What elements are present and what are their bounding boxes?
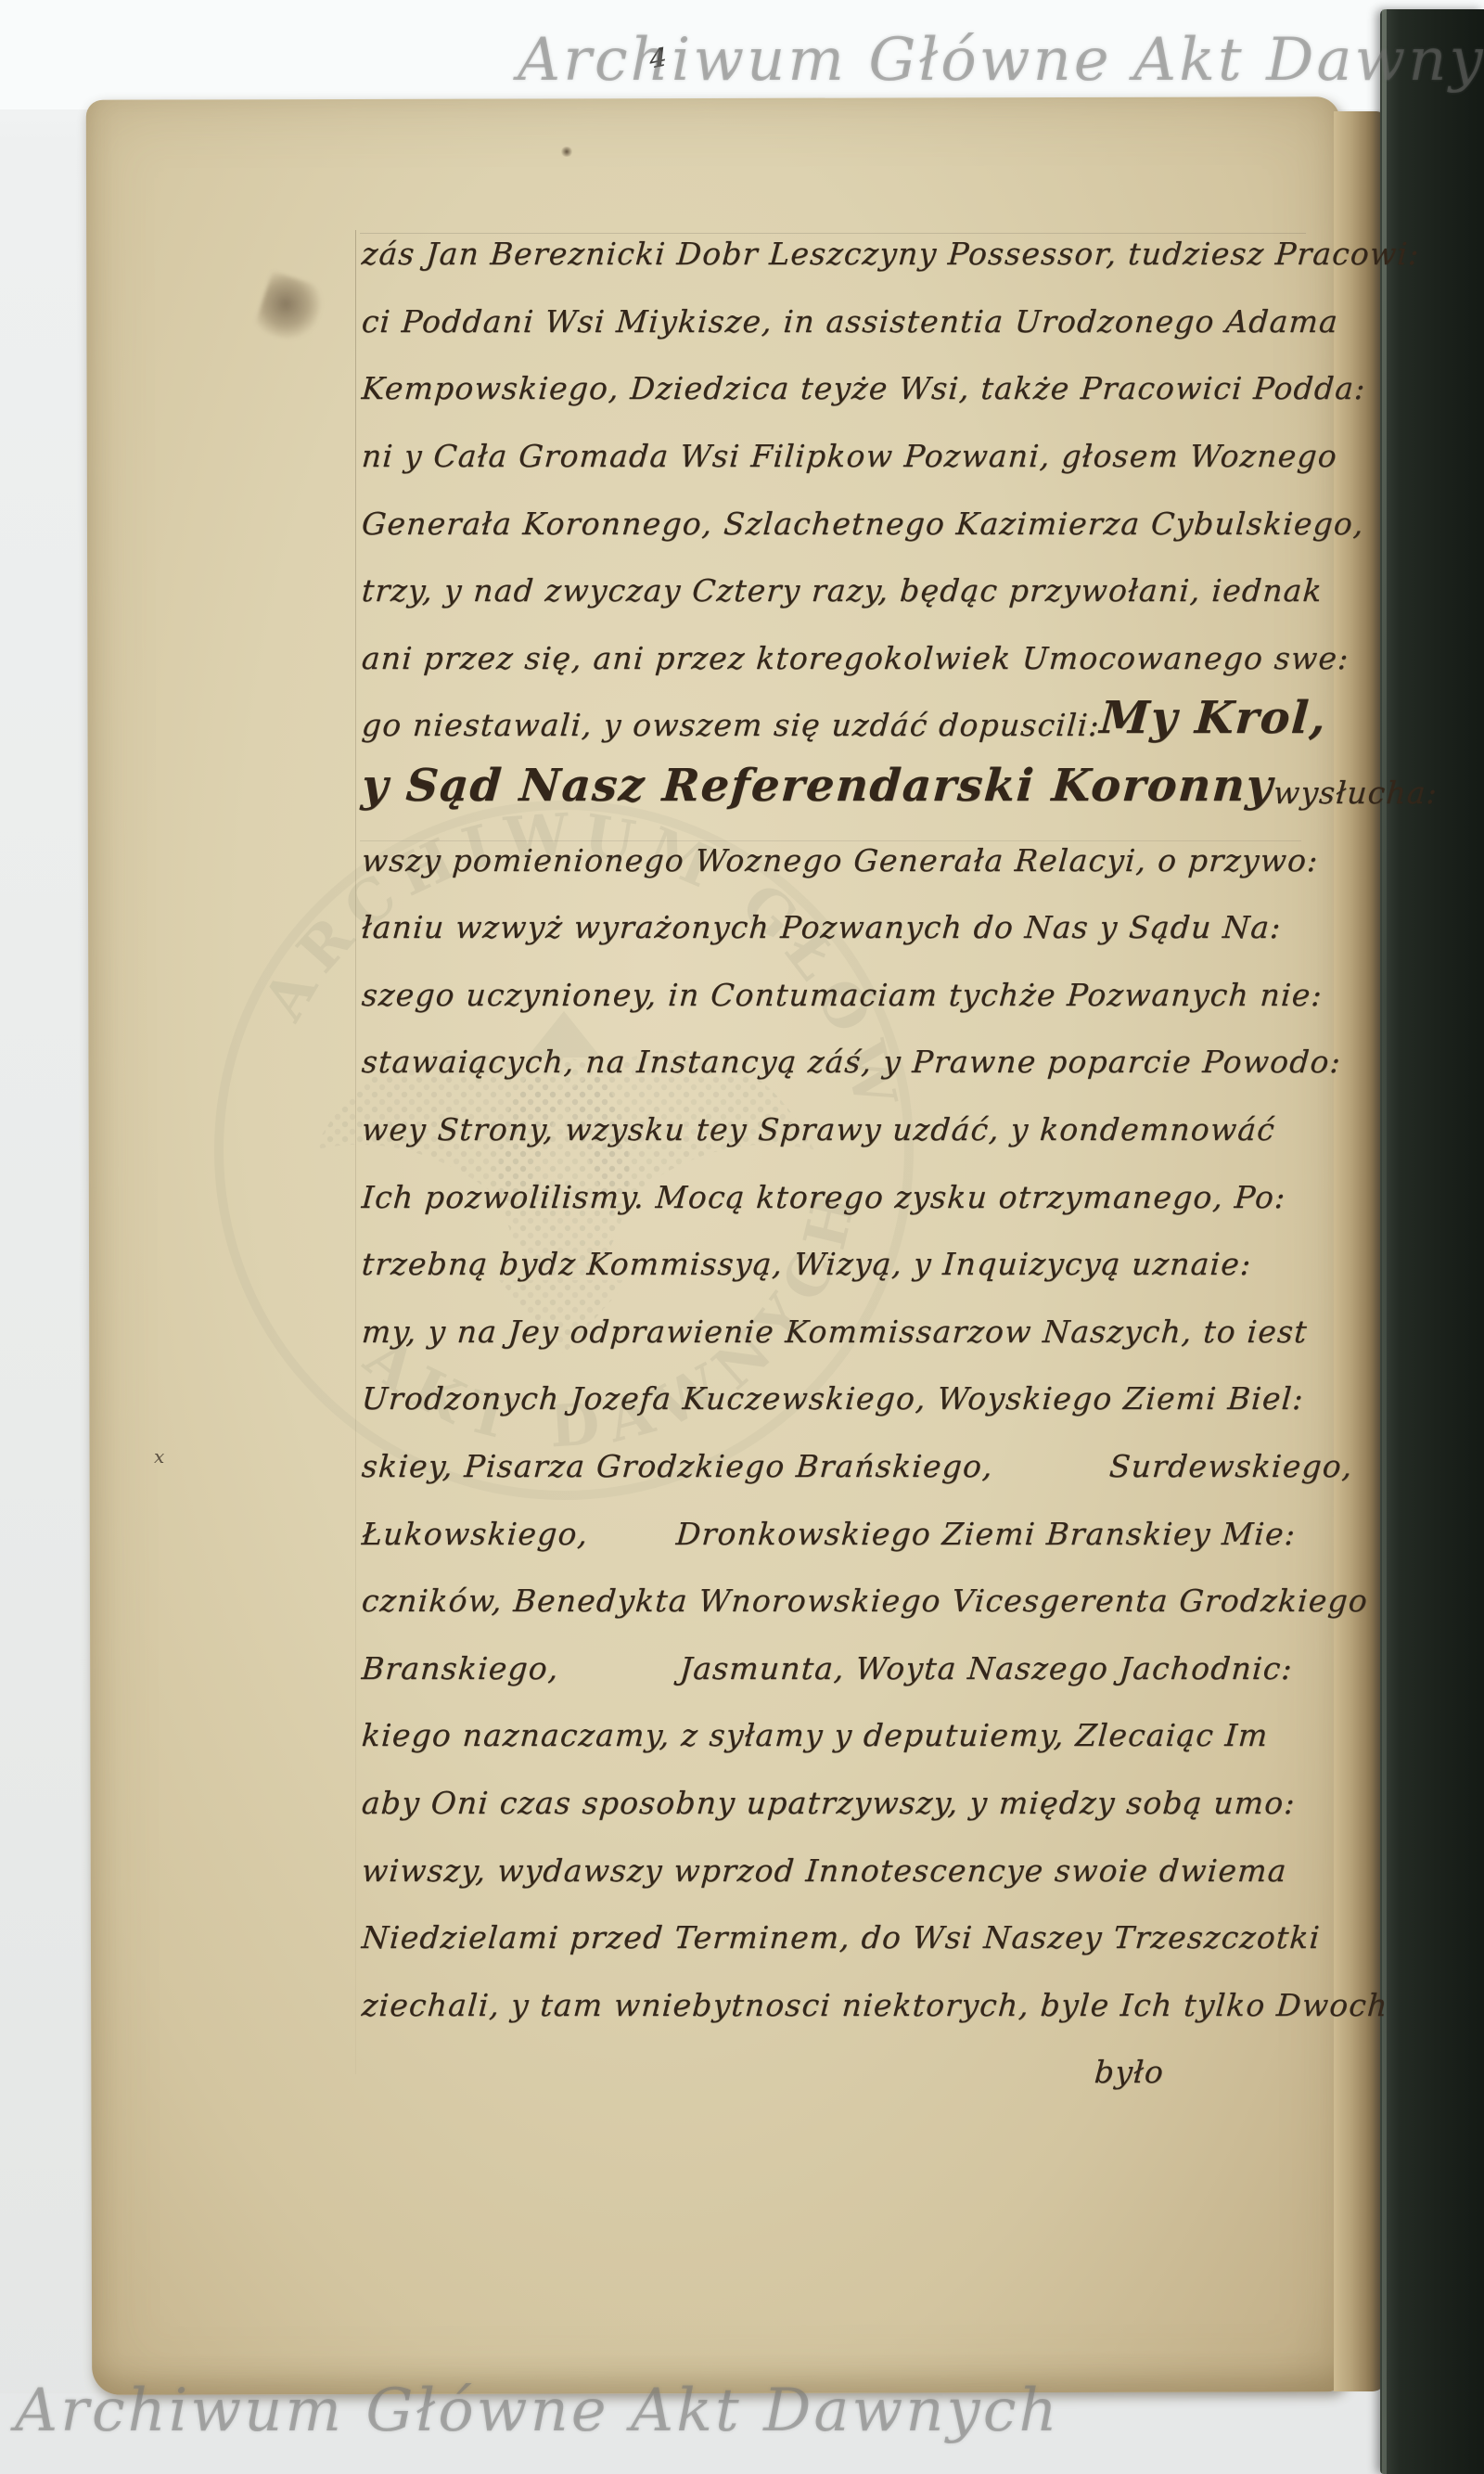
manuscript-line: go niestawali, y owszem się uzdáć dopusc… <box>362 675 1322 743</box>
manuscript-line: ci Poddani Wsi Miykisze, in assistentia … <box>362 272 1322 340</box>
handwritten-text: Urodzonych Jozefa Kuczewskiego, Woyskieg… <box>361 1382 1305 1416</box>
handwritten-text: My Krol, <box>1098 694 1328 743</box>
manuscript-line: łaniu wzwyż wyrażonych Pozwanych do Nas … <box>362 878 1322 945</box>
manuscript-lines: zás Jan Bereznicki Dobr Leszczyny Posses… <box>362 204 1322 2090</box>
manuscript-line: wey Strony, wzysku tey Sprawy uzdáć, y k… <box>362 1080 1322 1147</box>
handwritten-text: wysłucha: <box>1273 776 1439 810</box>
manuscript-line: trzebną bydz Kommissyą, Wizyą, y Inquizy… <box>362 1214 1322 1282</box>
book-page-edge <box>1334 111 1386 2391</box>
manuscript-line: zás Jan Bereznicki Dobr Leszczyny Posses… <box>362 204 1322 272</box>
handwritten-text: stawaiących, na Instancyą záś, y Prawne … <box>361 1045 1343 1079</box>
handwritten-text: ani przez się, ani przez ktoregokolwiek … <box>361 642 1350 675</box>
book-binding <box>1380 9 1484 2474</box>
handwritten-text: ziechali, y tam wniebytnosci niektorych,… <box>361 1989 1389 2022</box>
handwritten-text: Kempowskiego, Dziedzica teyże Wsi, także… <box>361 372 1367 405</box>
handwritten-text: Niedzielami przed Terminem, do Wsi Nasze… <box>361 1921 1322 1955</box>
manuscript-line: szego uczynioney, in Contumaciam tychże … <box>362 945 1322 1013</box>
handwritten-text: Branskiego, <box>361 1652 560 1686</box>
handwritten-text: Ich pozwolilismy. Mocą ktorego zysku otr… <box>361 1181 1287 1214</box>
handwritten-text: aby Oni czas sposobny upatrzywszy, y mię… <box>361 1787 1297 1820</box>
watermark-top: Archiwum Główne Akt Dawnych <box>518 26 1484 95</box>
handwritten-text: ni y Cała Gromada Wsi Filipkow Pozwani, … <box>361 440 1338 473</box>
manuscript-line: Łukowskiego,Dronkowskiego Ziemi Branskie… <box>362 1483 1322 1551</box>
handwritten-text: my, y na Jey odprawienie Kommissarzow Na… <box>361 1315 1309 1349</box>
handwritten-text: czników, Benedykta Wnorowskiego Vicesger… <box>361 1584 1370 1618</box>
handwritten-text: kiego naznaczamy, z syłamy y deputuiemy,… <box>361 1719 1270 1752</box>
handwritten-text: Dronkowskiego Ziemi Branskiey Mie: <box>675 1518 1298 1551</box>
manuscript-line: ni y Cała Gromada Wsi Filipkow Pozwani, … <box>362 406 1322 474</box>
manuscript-line: my, y na Jey odprawienie Kommissarzow Na… <box>362 1282 1322 1350</box>
handwritten-text: go niestawali, y owszem się uzdáć dopusc… <box>361 709 1101 742</box>
archive-scan: ARCHIWUM GŁÓWNE AKT DAWNYCH x 4 zás Jan … <box>0 0 1484 2474</box>
handwritten-text: Surdewskiego, <box>1108 1450 1354 1483</box>
manuscript-line: Niedzielami przed Terminem, do Wsi Nasze… <box>362 1888 1322 1955</box>
manuscript-line: aby Oni czas sposobny upatrzywszy, y mię… <box>362 1753 1322 1821</box>
handwritten-text: trzebną bydz Kommissyą, Wizyą, y Inquizy… <box>361 1248 1253 1281</box>
manuscript-line: Generała Koronnego, Szlachetnego Kazimie… <box>362 473 1322 541</box>
manuscript-line: było <box>1094 2022 1322 2090</box>
binding-highlight <box>1382 9 1387 2474</box>
handwritten-text: Jasmunta, Woyta Naszego Jachodnic: <box>678 1652 1293 1686</box>
handwritten-text: Generała Koronnego, Szlachetnego Kazimie… <box>361 507 1365 541</box>
handwritten-text: skiey, Pisarza Grodzkiego Brańskiego, <box>361 1450 994 1483</box>
manuscript-line: Branskiego,Jasmunta, Woyta Naszego Jacho… <box>362 1618 1322 1686</box>
manuscript-line: czników, Benedykta Wnorowskiego Vicesger… <box>362 1551 1322 1619</box>
manuscript-line: kiego naznaczamy, z syłamy y deputuiemy,… <box>362 1686 1322 1753</box>
margin-mark: x <box>154 1445 164 1468</box>
manuscript-line: trzy, y nad zwyczay Cztery razy, będąc p… <box>362 541 1322 609</box>
manuscript-line: wszy pomienionego Woznego Generała Relac… <box>362 810 1322 878</box>
handwritten-text: Łukowskiego, <box>361 1518 590 1551</box>
handwritten-text: wszy pomienionego Woznego Generała Relac… <box>361 844 1320 878</box>
manuscript-line: ziechali, y tam wniebytnosci niektorych,… <box>362 1955 1322 2022</box>
manuscript-line: ani przez się, ani przez ktoregokolwiek … <box>362 609 1322 676</box>
handwritten-text: ci Poddani Wsi Miykisze, in assistentia … <box>361 305 1340 339</box>
manuscript-line: wiwszy, wydawszy wprzod Innotescencye sw… <box>362 1820 1322 1888</box>
ink-speck <box>560 147 573 157</box>
handwritten-text: trzy, y nad zwyczay Cztery razy, będąc p… <box>361 574 1324 608</box>
handwritten-text: wey Strony, wzysku tey Sprawy uzdáć, y k… <box>361 1113 1277 1147</box>
watermark-bottom: Archiwum Główne Akt Dawnych <box>15 2377 1060 2445</box>
manuscript-line: Urodzonych Jozefa Kuczewskiego, Woyskieg… <box>362 1349 1322 1416</box>
manuscript-line: skiey, Pisarza Grodzkiego Brańskiego,Sur… <box>362 1416 1322 1484</box>
manuscript-line: stawaiących, na Instancyą záś, y Prawne … <box>362 1012 1322 1080</box>
handwritten-text: szego uczynioney, in Contumaciam tychże … <box>361 979 1324 1012</box>
handwritten-text: zás Jan Bereznicki Dobr Leszczyny Posses… <box>361 237 1421 271</box>
manuscript-line: Ich pozwolilismy. Mocą ktorego zysku otr… <box>362 1147 1322 1214</box>
manuscript-line: Kempowskiego, Dziedzica teyże Wsi, także… <box>362 339 1322 406</box>
handwritten-text: łaniu wzwyż wyrażonych Pozwanych do Nas … <box>361 911 1283 944</box>
handwritten-text: y Sąd Nasz Referendarski Koronny <box>360 762 1275 811</box>
handwritten-text: wiwszy, wydawszy wprzod Innotescencye sw… <box>361 1854 1288 1888</box>
handwritten-text: było <box>1094 2056 1166 2089</box>
margin-rule-line <box>355 230 356 2074</box>
manuscript-line: y Sąd Nasz Referendarski Koronny wysłuch… <box>362 743 1322 811</box>
